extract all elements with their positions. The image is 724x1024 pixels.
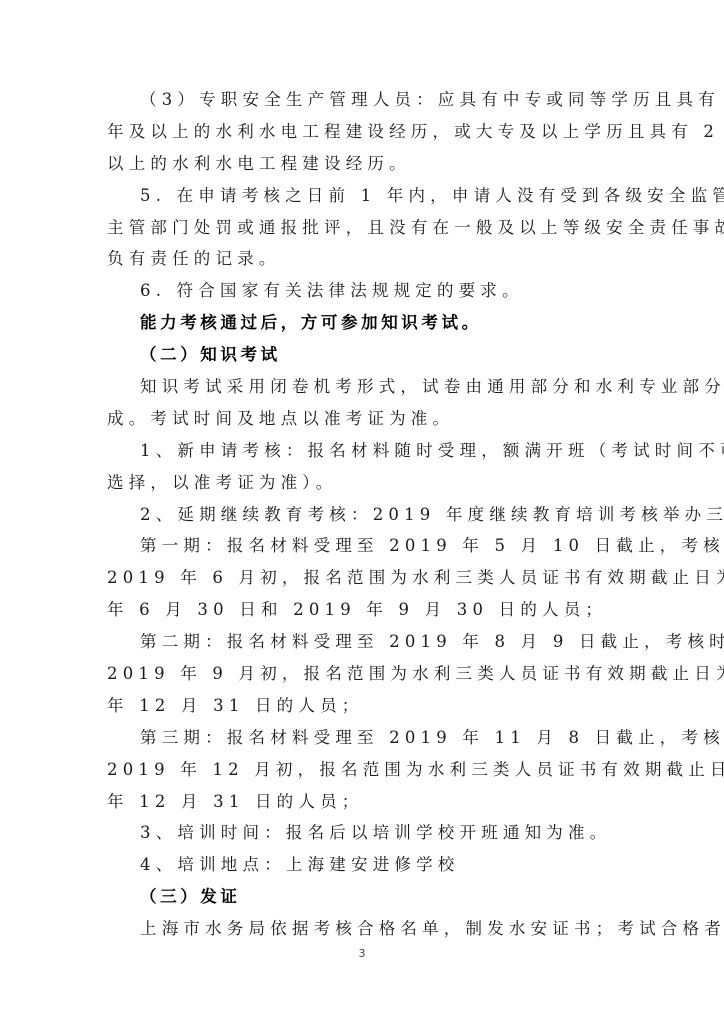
- section-heading-certificate: （三）发证: [107, 881, 619, 913]
- document-page: （3）专职安全生产管理人员：应具有中专或同等学历且具有 3 年及以上的水利水电工…: [107, 84, 619, 945]
- paragraph-line: 2019 年 12 月初，报名范围为水利三类人员证书有效期截止日为 2019: [107, 754, 619, 786]
- paragraph-line: 成。考试时间及地点以准考证为准。: [107, 403, 619, 435]
- section-heading-knowledge-exam: （二）知识考试: [107, 339, 619, 371]
- paragraph-line: 2、延期继续教育考核：2019 年度继续教育培训考核举办三期。: [107, 499, 619, 531]
- paragraph-line: 负有责任的记录。: [107, 243, 619, 275]
- paragraph-line: 以上的水利水电工程建设经历。: [107, 148, 619, 180]
- paragraph-line: 年 12 月 31 日的人员；: [107, 690, 619, 722]
- paragraph-line: 年及以上的水利水电工程建设经历，或大专及以上学历且具有 2 年及: [107, 116, 619, 148]
- paragraph-line: 主管部门处罚或通报批评，且没有在一般及以上等级安全责任事故中: [107, 212, 619, 244]
- paragraph-line: （3）专职安全生产管理人员：应具有中专或同等学历且具有 3: [107, 84, 619, 116]
- paragraph-line: 1、新申请考核：报名材料随时受理，额满开班（考试时间不可: [107, 435, 619, 467]
- paragraph-line: 2019 年 6 月初，报名范围为水利三类人员证书有效期截止日为 2019: [107, 562, 619, 594]
- paragraph-line: 6. 符合国家有关法律法规规定的要求。: [107, 275, 619, 307]
- paragraph-line: 第二期：报名材料受理至 2019 年 8 月 9 日截止，考核时间初定: [107, 626, 619, 658]
- paragraph-line: 2019 年 9 月初，报名范围为水利三类人员证书有效期截止日为 2019: [107, 658, 619, 690]
- paragraph-line: 年 6 月 30 日和 2019 年 9 月 30 日的人员；: [107, 594, 619, 626]
- paragraph-line: 第三期：报名材料受理至 2019 年 11 月 8 日截止，考核时间初定: [107, 722, 619, 754]
- paragraph-line: 3、培训时间：报名后以培训学校开班通知为准。: [107, 817, 619, 849]
- page-number: 3: [0, 947, 724, 960]
- paragraph-line: 4、培训地点：上海建安进修学校: [107, 849, 619, 881]
- paragraph-line: 5. 在申请考核之日前 1 年内，申请人没有受到各级安全监管行政: [107, 180, 619, 212]
- paragraph-line: 选择，以准考证为准）。: [107, 467, 619, 499]
- bold-notice: 能力考核通过后，方可参加知识考试。: [107, 307, 619, 339]
- paragraph-line: 知识考试采用闭卷机考形式，试卷由通用部分和水利专业部分组: [107, 371, 619, 403]
- paragraph-line: 年 12 月 31 日的人员；: [107, 786, 619, 818]
- paragraph-line: 第一期：报名材料受理至 2019 年 5 月 10 日截止，考核时间初定: [107, 530, 619, 562]
- paragraph-line: 上海市水务局依据考核合格名单，制发水安证书；考试合格者可: [107, 913, 619, 945]
